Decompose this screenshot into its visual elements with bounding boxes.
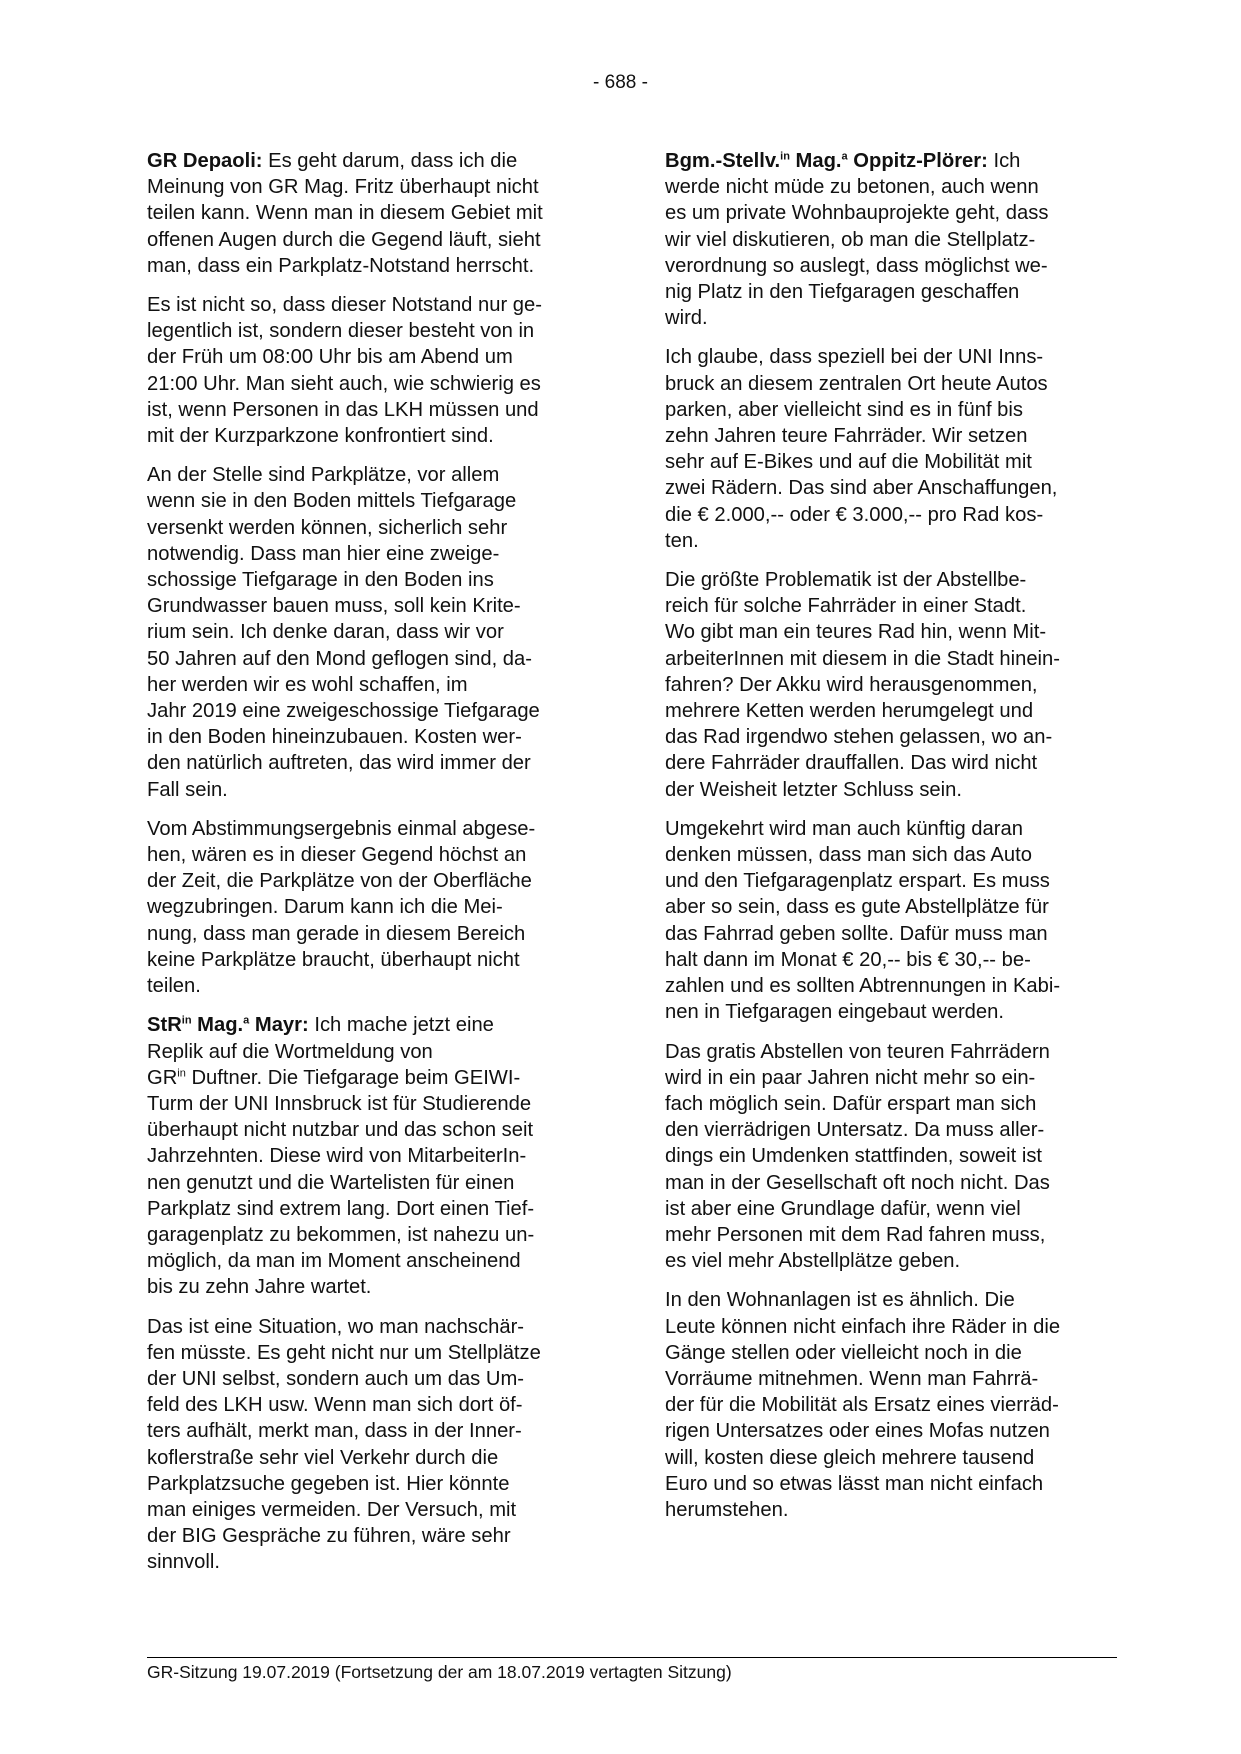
footer: GR-Sitzung 19.07.2019 (Fortsetzung der a… <box>147 1662 732 1683</box>
paragraph: Das ist eine Situation, wo man nachschär… <box>147 1314 587 1576</box>
text-line: Ich glaube, dass speziell bei der UNI In… <box>665 344 1105 370</box>
paragraph: Das gratis Abstellen von teuren Fahrräde… <box>665 1039 1105 1275</box>
speaker-name: GR Depaoli: <box>147 150 263 172</box>
text-line: die € 2.000,-- oder € 3.000,-- pro Rad k… <box>665 502 1105 528</box>
text-line: 50 Jahren auf den Mond geflogen sind, da… <box>147 646 587 672</box>
paragraph: In den Wohnanlagen ist es ähnlich. DieLe… <box>665 1287 1105 1523</box>
text-line: wird. <box>665 305 1105 331</box>
text-line: dere Fahrräder drauffallen. Das wird nic… <box>665 750 1105 776</box>
text-line: Fall sein. <box>147 777 587 803</box>
text-line: Leute können nicht einfach ihre Räder in… <box>665 1314 1105 1340</box>
text-line: notwendig. Dass man hier eine zweige- <box>147 541 587 567</box>
speaker-name: StRin Mag.a Mayr: <box>147 1014 309 1036</box>
text-line: fahren? Der Akku wird herausgenommen, <box>665 672 1105 698</box>
paragraph: Vom Abstimmungsergebnis einmal abgese-he… <box>147 816 587 999</box>
text-line: feld des LKH usw. Wenn man sich dort öf- <box>147 1392 587 1418</box>
text-line: Gänge stellen oder vielleicht noch in di… <box>665 1340 1105 1366</box>
text-line: Replik auf die Wortmeldung von <box>147 1039 587 1065</box>
paragraph: Umgekehrt wird man auch künftig daranden… <box>665 816 1105 1026</box>
text-line: zwei Rädern. Das sind aber Anschaffungen… <box>665 475 1105 501</box>
text-line: Jahrzehnten. Diese wird von MitarbeiterI… <box>147 1143 587 1169</box>
text-line: Meinung von GR Mag. Fritz überhaupt nich… <box>147 174 587 200</box>
text-line: ten. <box>665 528 1105 554</box>
text-line: nen in Tiefgaragen eingebaut werden. <box>665 999 1105 1025</box>
text-line: aber so sein, dass es gute Abstellplätze… <box>665 894 1105 920</box>
text-line: Das ist eine Situation, wo man nachschär… <box>147 1314 587 1340</box>
paragraph: GR Depaoli: Es geht darum, dass ich dieM… <box>147 148 587 279</box>
text-line: hen, wären es in dieser Gegend höchst an <box>147 842 587 868</box>
text-line: Turm der UNI Innsbruck ist für Studieren… <box>147 1091 587 1117</box>
text-line: koflerstraße sehr viel Verkehr durch die <box>147 1445 587 1471</box>
text-line: der für die Mobilität als Ersatz eines v… <box>665 1392 1105 1418</box>
text-line: mit der Kurzparkzone konfrontiert sind. <box>147 423 587 449</box>
paragraph: Ich glaube, dass speziell bei der UNI In… <box>665 344 1105 554</box>
text-line: der BIG Gespräche zu führen, wäre sehr <box>147 1523 587 1549</box>
text-line: GRin Duftner. Die Tiefgarage beim GEIWI- <box>147 1065 587 1091</box>
text-line: dings ein Umdenken stattfinden, soweit i… <box>665 1143 1105 1169</box>
paragraph: Die größte Problematik ist der Abstellbe… <box>665 567 1105 803</box>
text-line: der Weisheit letzter Schluss sein. <box>665 777 1105 803</box>
text-line: der Zeit, die Parkplätze von der Oberflä… <box>147 868 587 894</box>
text-line: Es ist nicht so, dass dieser Notstand nu… <box>147 292 587 318</box>
text-line: mehrere Ketten werden herumgelegt und <box>665 698 1105 724</box>
text-line: es viel mehr Abstellplätze geben. <box>665 1248 1105 1274</box>
text-line: wenn sie in den Boden mittels Tiefgarage <box>147 488 587 514</box>
text-line: den vierrädrigen Untersatz. Da muss alle… <box>665 1117 1105 1143</box>
text-line: wird in ein paar Jahren nicht mehr so ei… <box>665 1065 1105 1091</box>
text-line: parken, aber vielleicht sind es in fünf … <box>665 397 1105 423</box>
text-line: An der Stelle sind Parkplätze, vor allem <box>147 462 587 488</box>
text-line: will, kosten diese gleich mehrere tausen… <box>665 1445 1105 1471</box>
text-line: versenkt werden können, sicherlich sehr <box>147 515 587 541</box>
text-line: und den Tiefgaragenplatz erspart. Es mus… <box>665 868 1105 894</box>
text-line: man, dass ein Parkplatz-Notstand herrsch… <box>147 253 587 279</box>
paragraph: An der Stelle sind Parkplätze, vor allem… <box>147 462 587 803</box>
text-line: möglich, da man im Moment anscheinend <box>147 1248 587 1274</box>
text-line: Das gratis Abstellen von teuren Fahrräde… <box>665 1039 1105 1065</box>
text-line: ist aber eine Grundlage dafür, wenn viel <box>665 1196 1105 1222</box>
text-line: bis zu zehn Jahre wartet. <box>147 1274 587 1300</box>
paragraph: Es ist nicht so, dass dieser Notstand nu… <box>147 292 587 449</box>
text-line: teilen. <box>147 973 587 999</box>
text-line: Parkplatz sind extrem lang. Dort einen T… <box>147 1196 587 1222</box>
text-line: 21:00 Uhr. Man sieht auch, wie schwierig… <box>147 371 587 397</box>
text-line: keine Parkplätze braucht, überhaupt nich… <box>147 947 587 973</box>
speaker-name: Bgm.-Stellv.in Mag.a Oppitz-Plörer: <box>665 150 988 172</box>
text-line: Wo gibt man ein teures Rad hin, wenn Mit… <box>665 619 1105 645</box>
text-line: teilen kann. Wenn man in diesem Gebiet m… <box>147 200 587 226</box>
text-line: Euro und so etwas lässt man nicht einfac… <box>665 1471 1105 1497</box>
text-line: Die größte Problematik ist der Abstellbe… <box>665 567 1105 593</box>
right-column: Bgm.-Stellv.in Mag.a Oppitz-Plörer: Ichw… <box>665 148 1105 1536</box>
text-line: sinnvoll. <box>147 1549 587 1575</box>
text-line: offenen Augen durch die Gegend läuft, si… <box>147 227 587 253</box>
text-line: es um private Wohnbauprojekte geht, dass <box>665 200 1105 226</box>
text-line: Umgekehrt wird man auch künftig daran <box>665 816 1105 842</box>
paragraph: Bgm.-Stellv.in Mag.a Oppitz-Plörer: Ichw… <box>665 148 1105 331</box>
text-line: wegzubringen. Darum kann ich die Mei- <box>147 894 587 920</box>
text-line: ist, wenn Personen in das LKH müssen und <box>147 397 587 423</box>
text-line: her werden wir es wohl schaffen, im <box>147 672 587 698</box>
text-line: das Fahrrad geben sollte. Dafür muss man <box>665 921 1105 947</box>
text-line: rium sein. Ich denke daran, dass wir vor <box>147 619 587 645</box>
text-line: Parkplatzsuche gegeben ist. Hier könnte <box>147 1471 587 1497</box>
text-line: Vom Abstimmungsergebnis einmal abgese- <box>147 816 587 842</box>
text-line: man in der Gesellschaft oft noch nicht. … <box>665 1170 1105 1196</box>
text-line: nung, dass man gerade in diesem Bereich <box>147 921 587 947</box>
text-line: nig Platz in den Tiefgaragen geschaffen <box>665 279 1105 305</box>
text-line: zahlen und es sollten Abtrennungen in Ka… <box>665 973 1105 999</box>
text-line: denken müssen, dass man sich das Auto <box>665 842 1105 868</box>
text-line: Bgm.-Stellv.in Mag.a Oppitz-Plörer: Ich <box>665 148 1105 174</box>
text-line: das Rad irgendwo stehen gelassen, wo an- <box>665 724 1105 750</box>
text-line: man einiges vermeiden. Der Versuch, mit <box>147 1497 587 1523</box>
text-line: den natürlich auftreten, das wird immer … <box>147 750 587 776</box>
text-line: arbeiterInnen mit diesem in die Stadt hi… <box>665 646 1105 672</box>
text-line: verordnung so auslegt, dass möglichst we… <box>665 253 1105 279</box>
text-line: herumstehen. <box>665 1497 1105 1523</box>
text-line: mehr Personen mit dem Rad fahren muss, <box>665 1222 1105 1248</box>
text-line: nen genutzt und die Wartelisten für eine… <box>147 1170 587 1196</box>
text-line: halt dann im Monat € 20,-- bis € 30,-- b… <box>665 947 1105 973</box>
page-number: - 688 - <box>0 72 1241 94</box>
footer-divider <box>147 1657 1117 1658</box>
text-line: In den Wohnanlagen ist es ähnlich. Die <box>665 1287 1105 1313</box>
text-line: legentlich ist, sondern dieser besteht v… <box>147 318 587 344</box>
text-line: fen müsste. Es geht nicht nur um Stellpl… <box>147 1340 587 1366</box>
text-line: Vorräume mitnehmen. Wenn man Fahrrä- <box>665 1366 1105 1392</box>
text-line: GR Depaoli: Es geht darum, dass ich die <box>147 148 587 174</box>
text-line: sehr auf E-Bikes und auf die Mobilität m… <box>665 449 1105 475</box>
text-line: werde nicht müde zu betonen, auch wenn <box>665 174 1105 200</box>
text-line: zehn Jahren teure Fahrräder. Wir setzen <box>665 423 1105 449</box>
text-line: reich für solche Fahrräder in einer Stad… <box>665 593 1105 619</box>
text-line: überhaupt nicht nutzbar und das schon se… <box>147 1117 587 1143</box>
text-line: bruck an diesem zentralen Ort heute Auto… <box>665 371 1105 397</box>
text-line: wir viel diskutieren, ob man die Stellpl… <box>665 227 1105 253</box>
text-line: der UNI selbst, sondern auch um das Um- <box>147 1366 587 1392</box>
left-column: GR Depaoli: Es geht darum, dass ich dieM… <box>147 148 587 1589</box>
text-line: Grundwasser bauen muss, soll kein Krite- <box>147 593 587 619</box>
text-line: ters aufhält, merkt man, dass in der Inn… <box>147 1418 587 1444</box>
text-line: in den Boden hineinzubauen. Kosten wer- <box>147 724 587 750</box>
text-line: der Früh um 08:00 Uhr bis am Abend um <box>147 344 587 370</box>
paragraph: StRin Mag.a Mayr: Ich mache jetzt eineRe… <box>147 1012 587 1300</box>
text-line: garagenplatz zu bekommen, ist nahezu un- <box>147 1222 587 1248</box>
text-line: rigen Untersatzes oder eines Mofas nutze… <box>665 1418 1105 1444</box>
text-line: StRin Mag.a Mayr: Ich mache jetzt eine <box>147 1012 587 1038</box>
text-line: schossige Tiefgarage in den Boden ins <box>147 567 587 593</box>
text-line: fach möglich sein. Dafür erspart man sic… <box>665 1091 1105 1117</box>
text-line: Jahr 2019 eine zweigeschossige Tiefgarag… <box>147 698 587 724</box>
